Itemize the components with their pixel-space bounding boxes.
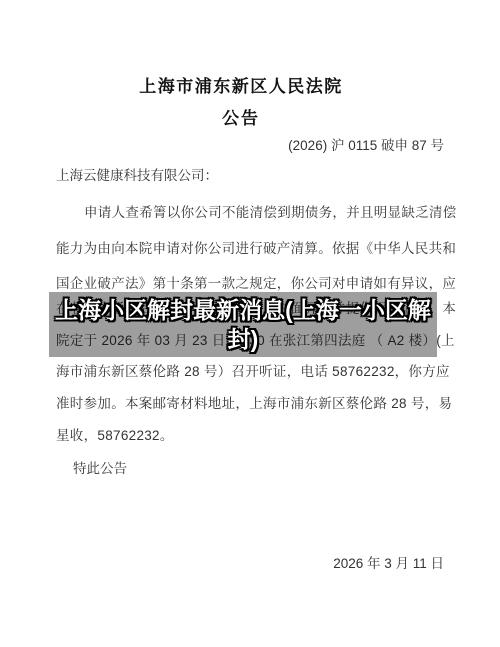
body-line: 申请人查希箐以你公司不能清偿到期债务，并且明显缺乏清偿 — [84, 201, 476, 221]
watermark-headline-line: 上海小区解封最新消息(上海一小区解 — [55, 296, 431, 325]
watermark-headline-overlay: 上海小区解封最新消息(上海一小区解 封) — [49, 292, 437, 357]
court-announcement-page: 上海市浦东新区人民法院 公告 (2026) 沪 0115 破申 87 号 上海云… — [0, 0, 500, 647]
body-line: 能力为由向本院申请对你公司进行破产清算。依据《中华人民共和 — [56, 237, 448, 257]
announcement-date: 2026 年 3 月 11 日 — [56, 552, 444, 572]
body-line: 准时参加。本案邮寄材料地址，上海市浦东新区蔡伦路 28 号，易 — [56, 392, 448, 412]
addressee-line: 上海云健康科技有限公司： — [56, 164, 218, 184]
watermark-headline-line: 封) — [228, 325, 259, 354]
body-line: 海市浦东新区蔡伦路 28 号）召开听证，电话 58762232，你方应 — [56, 360, 448, 380]
announcement-heading: 公告 — [44, 104, 438, 129]
body-line: 国企业破产法》第十条第一款之规定，你公司对申请如有异议，应 — [56, 272, 448, 292]
body-line: 星收，58762232。 — [56, 424, 448, 444]
court-name-title: 上海市浦东新区人民法院 — [44, 72, 438, 97]
case-number: (2026) 沪 0115 破申 87 号 — [56, 134, 444, 154]
closing-statement: 特此公告 — [73, 457, 127, 477]
